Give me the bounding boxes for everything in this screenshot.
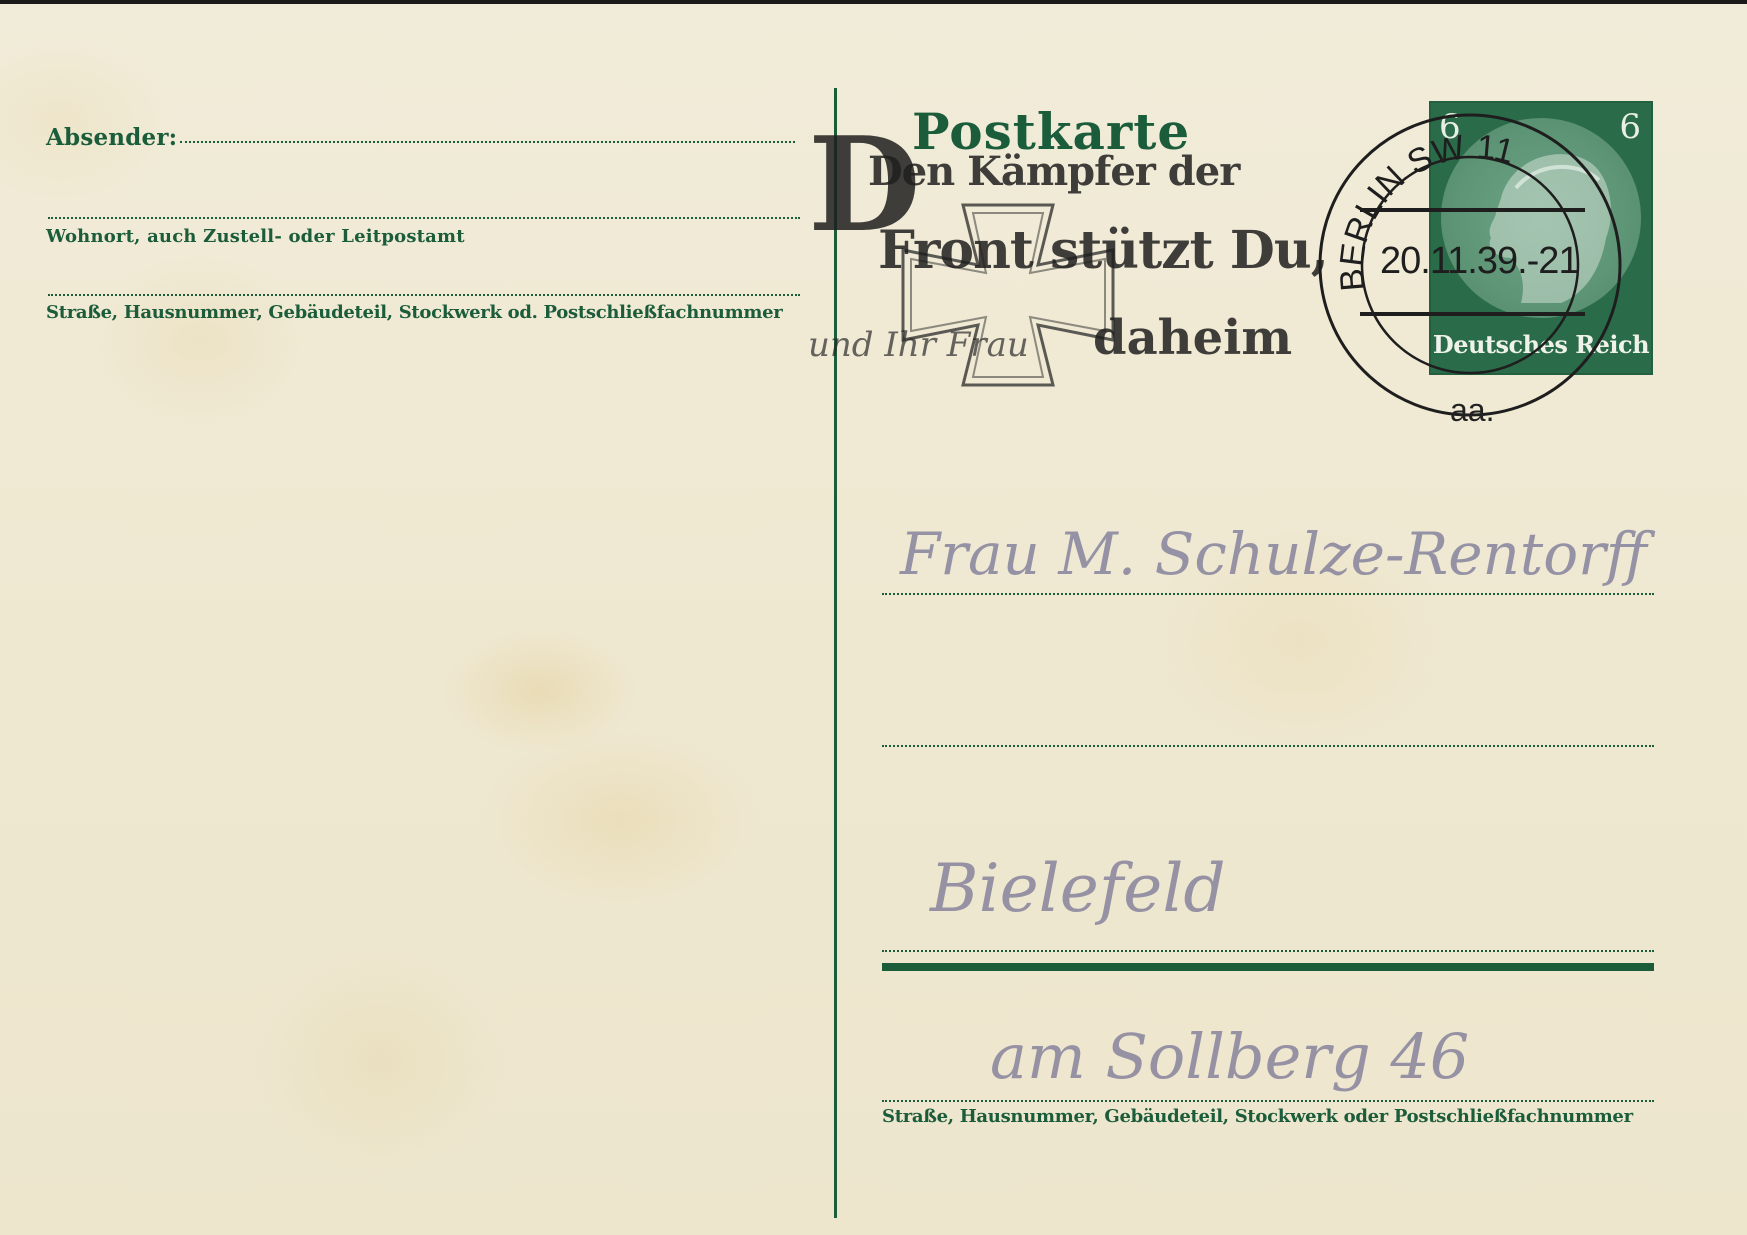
slogan-line-3-script: und Ihr Frau xyxy=(808,325,1029,365)
sender-label: Absender: xyxy=(46,124,177,151)
portrait-medallion-icon xyxy=(1441,118,1641,318)
profile-portrait-icon xyxy=(1441,118,1641,318)
recipient-line-3 xyxy=(882,950,1654,952)
city-underline-bar xyxy=(882,963,1654,971)
sender-line xyxy=(180,141,795,143)
recipient-name: Frau M. Schulze-Rentorff xyxy=(900,520,1647,588)
slogan-line-1: Den Kämpfer der xyxy=(868,148,1239,195)
recipient-street-label: Straße, Hausnummer, Gebäudeteil, Stockwe… xyxy=(882,1106,1633,1127)
postage-stamp: 6 6 Deutsches Reich xyxy=(1429,101,1653,375)
recipient-line-2 xyxy=(882,745,1654,747)
stamp-value-left: 6 xyxy=(1439,107,1461,147)
slogan-line-3-bold: daheim xyxy=(1093,310,1292,366)
recipient-line-1 xyxy=(882,593,1654,595)
sender-line-2 xyxy=(48,217,800,219)
slogan-line-2: Front stützt Du, xyxy=(878,220,1328,281)
recipient-street: am Sollberg 46 xyxy=(990,1020,1469,1093)
postmark-date: 20.11.39.-21 xyxy=(1380,240,1579,283)
stamp-country: Deutsches Reich xyxy=(1429,330,1653,359)
recipient-city: Bielefeld xyxy=(930,850,1226,927)
stamp-value-right: 6 xyxy=(1619,107,1641,147)
sender-street-label: Straße, Hausnummer, Gebäudeteil, Stockwe… xyxy=(46,302,782,323)
residence-label: Wohnort, auch Zustell- oder Leitpostamt xyxy=(46,226,465,247)
slogan-cancellation: D Den Kämpfer der Front stützt Du, und I… xyxy=(808,120,1258,400)
scan-edge xyxy=(0,0,1747,4)
recipient-line-4 xyxy=(882,1100,1654,1102)
postmark-code: aa. xyxy=(1450,392,1494,429)
sender-line-3 xyxy=(48,294,800,296)
